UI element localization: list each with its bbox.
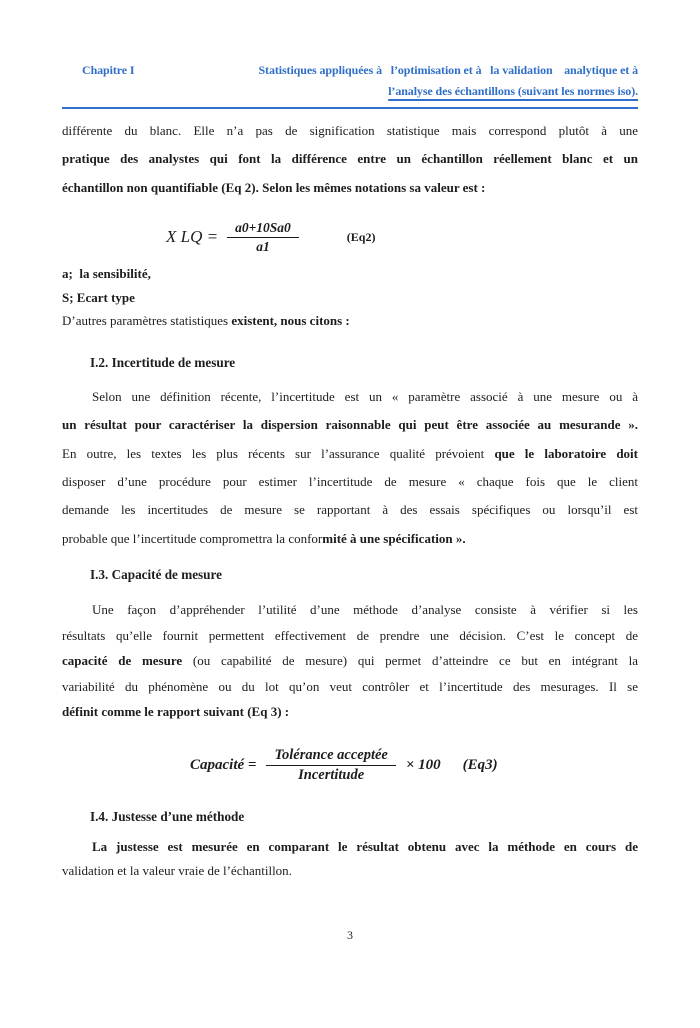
header-line-1: Chapitre IStatistiques appliquées à l’op…	[62, 60, 638, 81]
text-segment: En outre, les textes les plus récents su…	[62, 446, 494, 461]
section-heading-i3: I.3. Capacité de mesure	[90, 561, 638, 589]
header-title-line1: Statistiques appliquées à l’optimisation…	[258, 60, 638, 81]
text-segment: (ou capabilité de mesure) qui permet d’a…	[193, 653, 638, 668]
fraction: a0+10Sa0a1	[227, 220, 299, 255]
text-line: définit comme le rapport suivant (Eq 3) …	[62, 699, 638, 725]
header-title-line2: l’analyse des échantillons (suivant les …	[388, 84, 638, 98]
notation-notes: a; la sensibilité, S; Ecart type D’autre…	[62, 262, 638, 333]
text-line: différente du blanc. Elle n’a pas de sig…	[62, 117, 638, 145]
paragraph-i4: La justesse est mesurée en comparant le …	[62, 835, 638, 884]
paragraph-i2: Selon une définition récente, l’incertit…	[62, 383, 638, 553]
header-line-2: l’analyse des échantillons (suivant les …	[62, 81, 638, 102]
text-line: En outre, les textes les plus récents su…	[62, 440, 638, 468]
equation-2: X LQ = a0+10Sa0a1 (Eq2)	[166, 214, 638, 260]
fraction-numerator: a0+10Sa0	[227, 220, 299, 238]
section-heading-i4: I.4. Justesse d’une méthode	[90, 803, 638, 831]
text-line: S; Ecart type	[62, 286, 638, 310]
fraction: Tolérance acceptéeIncertitude	[266, 747, 395, 784]
chapter-label: Chapitre I	[82, 60, 134, 81]
equation-label: (Eq3)	[463, 757, 498, 774]
text-line: Selon une définition récente, l’incertit…	[62, 383, 638, 411]
document-page: Chapitre IStatistiques appliquées à l’op…	[0, 0, 700, 1028]
text-line: Une façon d’appréhender l’utilité d’une …	[62, 597, 638, 623]
text-segment: que le laboratoire doit	[494, 446, 638, 461]
paragraph-i3: Une façon d’appréhender l’utilité d’une …	[62, 597, 638, 725]
text-segment: mité à une spécification ».	[322, 531, 465, 546]
text-line: capacité de mesure (ou capabilité de mes…	[62, 648, 638, 674]
equation-3: Capacité = Tolérance acceptéeIncertitude…	[190, 743, 638, 789]
intro-paragraph: différente du blanc. Elle n’a pas de sig…	[62, 117, 638, 202]
text-segment: D’autres paramètres statistiques	[62, 313, 231, 328]
fraction-numerator: Tolérance acceptée	[266, 747, 395, 766]
equation-lhs: X LQ =	[166, 227, 218, 247]
header-rule	[62, 107, 638, 109]
text-segment: existent, nous citons :	[231, 313, 349, 328]
fraction-denominator: Incertitude	[266, 766, 395, 784]
text-line: D’autres paramètres statistiques existen…	[62, 309, 638, 333]
text-line: échantillon non quantifiable (Eq 2). Sel…	[62, 174, 638, 202]
text-line: demande les incertitudes de mesure se ra…	[62, 496, 638, 524]
text-line: résultats qu’elle fournit permettent eff…	[62, 623, 638, 649]
section-heading-i2: I.2. Incertitude de mesure	[90, 349, 638, 377]
text-line: probable que l’incertitude compromettra …	[62, 525, 638, 553]
text-line: a; la sensibilité,	[62, 262, 638, 286]
text-line: validation et la valeur vraie de l’échan…	[62, 859, 638, 884]
page-number: 3	[0, 928, 700, 943]
text-segment: probable que l’incertitude compromettra …	[62, 531, 322, 546]
text-line: un résultat pour caractériser la dispers…	[62, 411, 638, 439]
fraction-denominator: a1	[227, 238, 299, 255]
text-line: variabilité du phénomène ou du lot qu’on…	[62, 674, 638, 700]
text-line: disposer d’une procédure pour estimer l’…	[62, 468, 638, 496]
text-line: La justesse est mesurée en comparant le …	[62, 835, 638, 860]
chapter-header: Chapitre IStatistiques appliquées à l’op…	[62, 60, 638, 102]
equation-lhs: Capacité =	[190, 757, 256, 774]
equation-label: (Eq2)	[347, 230, 376, 245]
text-line: pratique des analystes qui font la diffé…	[62, 145, 638, 173]
equation-multiplier: × 100	[406, 757, 441, 774]
text-segment: capacité de mesure	[62, 653, 193, 668]
